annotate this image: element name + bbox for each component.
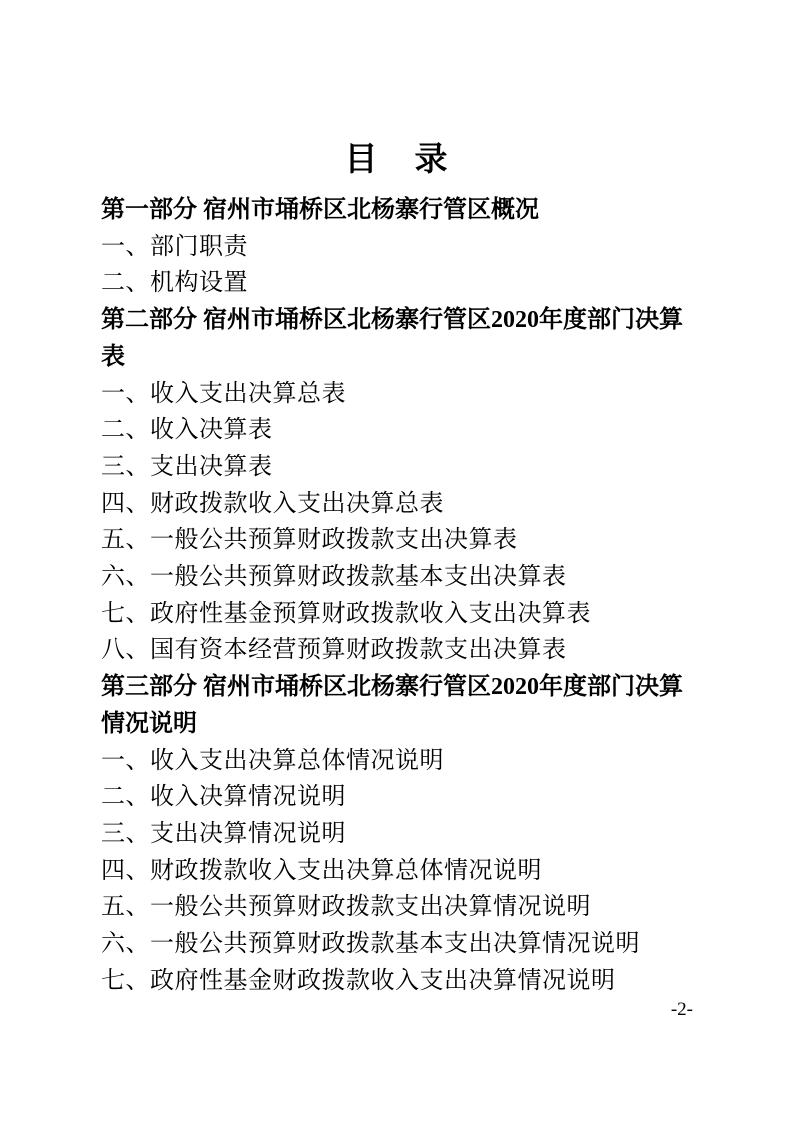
toc-item: 五、一般公共预算财政拨款支出决算情况说明 — [101, 889, 693, 926]
section-part-1: 第一部分 宿州市埇桥区北杨寨行管区概况 一、部门职责 二、机构设置 — [101, 192, 693, 302]
toc-item: 六、一般公共预算财政拨款基本支出决算表 — [101, 559, 693, 596]
toc-item: 二、收入决算情况说明 — [101, 779, 693, 816]
table-of-contents: 第一部分 宿州市埇桥区北杨寨行管区概况 一、部门职责 二、机构设置 第二部分 宿… — [101, 192, 693, 999]
toc-item: 一、部门职责 — [101, 229, 693, 266]
toc-item: 八、国有资本经营预算财政拨款支出决算表 — [101, 632, 693, 669]
toc-item: 六、一般公共预算财政拨款基本支出决算情况说明 — [101, 926, 693, 963]
toc-item: 三、支出决算情况说明 — [101, 816, 693, 853]
page-title: 目 录 — [101, 138, 693, 182]
toc-item: 一、收入支出决算总表 — [101, 376, 693, 413]
section-part-2: 第二部分 宿州市埇桥区北杨寨行管区2020年度部门决算表 一、收入支出决算总表 … — [101, 302, 693, 669]
toc-item: 三、支出决算表 — [101, 449, 693, 486]
document-page: 目 录 第一部分 宿州市埇桥区北杨寨行管区概况 一、部门职责 二、机构设置 第二… — [0, 0, 793, 1122]
section-part-3: 第三部分 宿州市埇桥区北杨寨行管区2020年度部门决算情况说明 一、收入支出决算… — [101, 669, 693, 999]
page-number: -2- — [101, 999, 693, 1021]
toc-item: 四、财政拨款收入支出决算总体情况说明 — [101, 853, 693, 890]
toc-item: 二、收入决算表 — [101, 412, 693, 449]
toc-item: 一、收入支出决算总体情况说明 — [101, 743, 693, 780]
toc-item: 七、政府性基金财政拨款收入支出决算情况说明 — [101, 963, 693, 1000]
toc-item: 五、一般公共预算财政拨款支出决算表 — [101, 522, 693, 559]
toc-item: 四、财政拨款收入支出决算总表 — [101, 486, 693, 523]
section-1-heading: 第一部分 宿州市埇桥区北杨寨行管区概况 — [101, 192, 693, 229]
toc-item: 二、机构设置 — [101, 265, 693, 302]
toc-item: 七、政府性基金预算财政拨款收入支出决算表 — [101, 596, 693, 633]
section-3-heading: 第三部分 宿州市埇桥区北杨寨行管区2020年度部门决算情况说明 — [101, 669, 693, 742]
section-2-heading: 第二部分 宿州市埇桥区北杨寨行管区2020年度部门决算表 — [101, 302, 693, 375]
